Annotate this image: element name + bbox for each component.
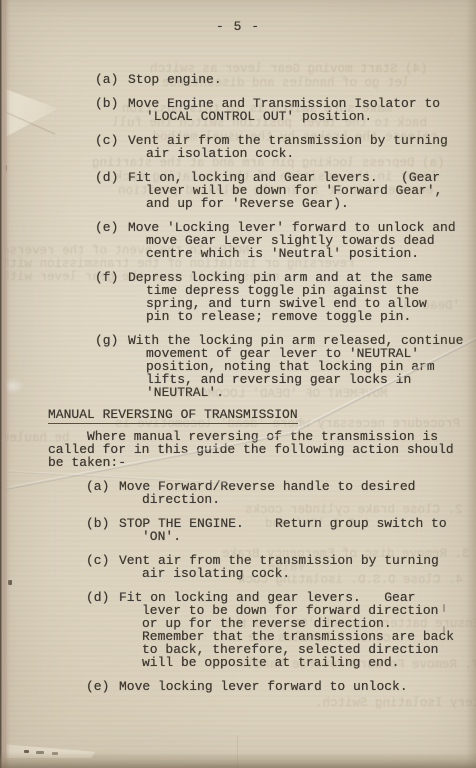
item-label: (d) bbox=[86, 591, 119, 669]
bleedthrough-text: release the brakes by the usual method. bbox=[145, 131, 438, 144]
intro-line: be taken:- bbox=[48, 456, 476, 469]
item-line: and up for 'Reverse Gear). bbox=[128, 197, 442, 210]
bleedthrough-text: let go of handles and discontinue bbox=[162, 77, 410, 90]
item-label: (a) bbox=[95, 73, 128, 86]
scan-edge-bottom bbox=[0, 752, 476, 768]
section-intro-paragraph: Where manual reversing of the transmissi… bbox=[48, 430, 476, 469]
bleedthrough-text: (a) Depress locking pin arm and at the s… bbox=[92, 157, 445, 170]
item-text: Move locking lever forward to unlock. bbox=[119, 680, 408, 693]
bleedthrough-text: lever in the position of the isolating c… bbox=[115, 171, 438, 184]
page-number-header: - 5 - bbox=[0, 0, 476, 33]
ink-speck bbox=[443, 604, 445, 612]
bleedthrough-text: necessary to move the gear lever with bbox=[2, 271, 280, 284]
bleedthrough-text: be hauled bbox=[2, 432, 70, 445]
bleedthrough-text: 6. Open Battery Isolating Switch. bbox=[315, 697, 476, 710]
bleedthrough-text: 'Dead' L bbox=[400, 300, 460, 313]
ink-speck bbox=[443, 626, 445, 634]
item-label: (g) bbox=[95, 334, 128, 399]
item-label: (e) bbox=[86, 680, 119, 693]
item-label: (b) bbox=[86, 517, 119, 543]
item-label: (c) bbox=[86, 554, 119, 580]
bleedthrough-text: 4. Close D.S.D. isolating cock bbox=[238, 574, 463, 587]
bleedthrough-text: back to the lever position switch the fu… bbox=[112, 117, 427, 130]
bleedthrough-text: 7. Remove Forward/Reverse handle. bbox=[232, 659, 476, 672]
bleedthrough-text: (4) Start moving Gear lever as switch bbox=[150, 63, 428, 76]
item-line: Move locking lever forward to unlock. bbox=[119, 680, 408, 693]
bleedthrough-text: 1 B 2 'ON' and bbox=[265, 518, 370, 531]
scan-edge-right bbox=[466, 0, 476, 768]
list-item: (e) Move locking lever forward to unlock… bbox=[86, 680, 476, 693]
scan-edge-left bbox=[0, 0, 10, 768]
bleedthrough-text: ensure that it is in the released positi… bbox=[118, 185, 433, 198]
bleedthrough-text: 5. Ensure battery switch 'ON' and the bbox=[225, 618, 476, 631]
scanned-document-page: (4) Start moving Gear lever as switch le… bbox=[0, 0, 476, 768]
item-line: 'ON'. bbox=[119, 530, 447, 543]
item-label: (a) bbox=[86, 480, 119, 506]
bleedthrough-text: 2. Close brake cylinder cocks bbox=[245, 504, 463, 517]
item-line: pin to release; remove toggle pin. bbox=[128, 310, 432, 323]
bleedthrough-text: Procedure necessary where 'dead' locomot… bbox=[115, 418, 460, 431]
bleedthrough-text: make sure switch is in this position bbox=[122, 103, 392, 116]
bleedthrough-text: control handles are bbox=[248, 632, 391, 645]
bleedthrough-text: MOVEMENT OF 'DEAD' LOCOMOTIVE bbox=[170, 388, 388, 401]
